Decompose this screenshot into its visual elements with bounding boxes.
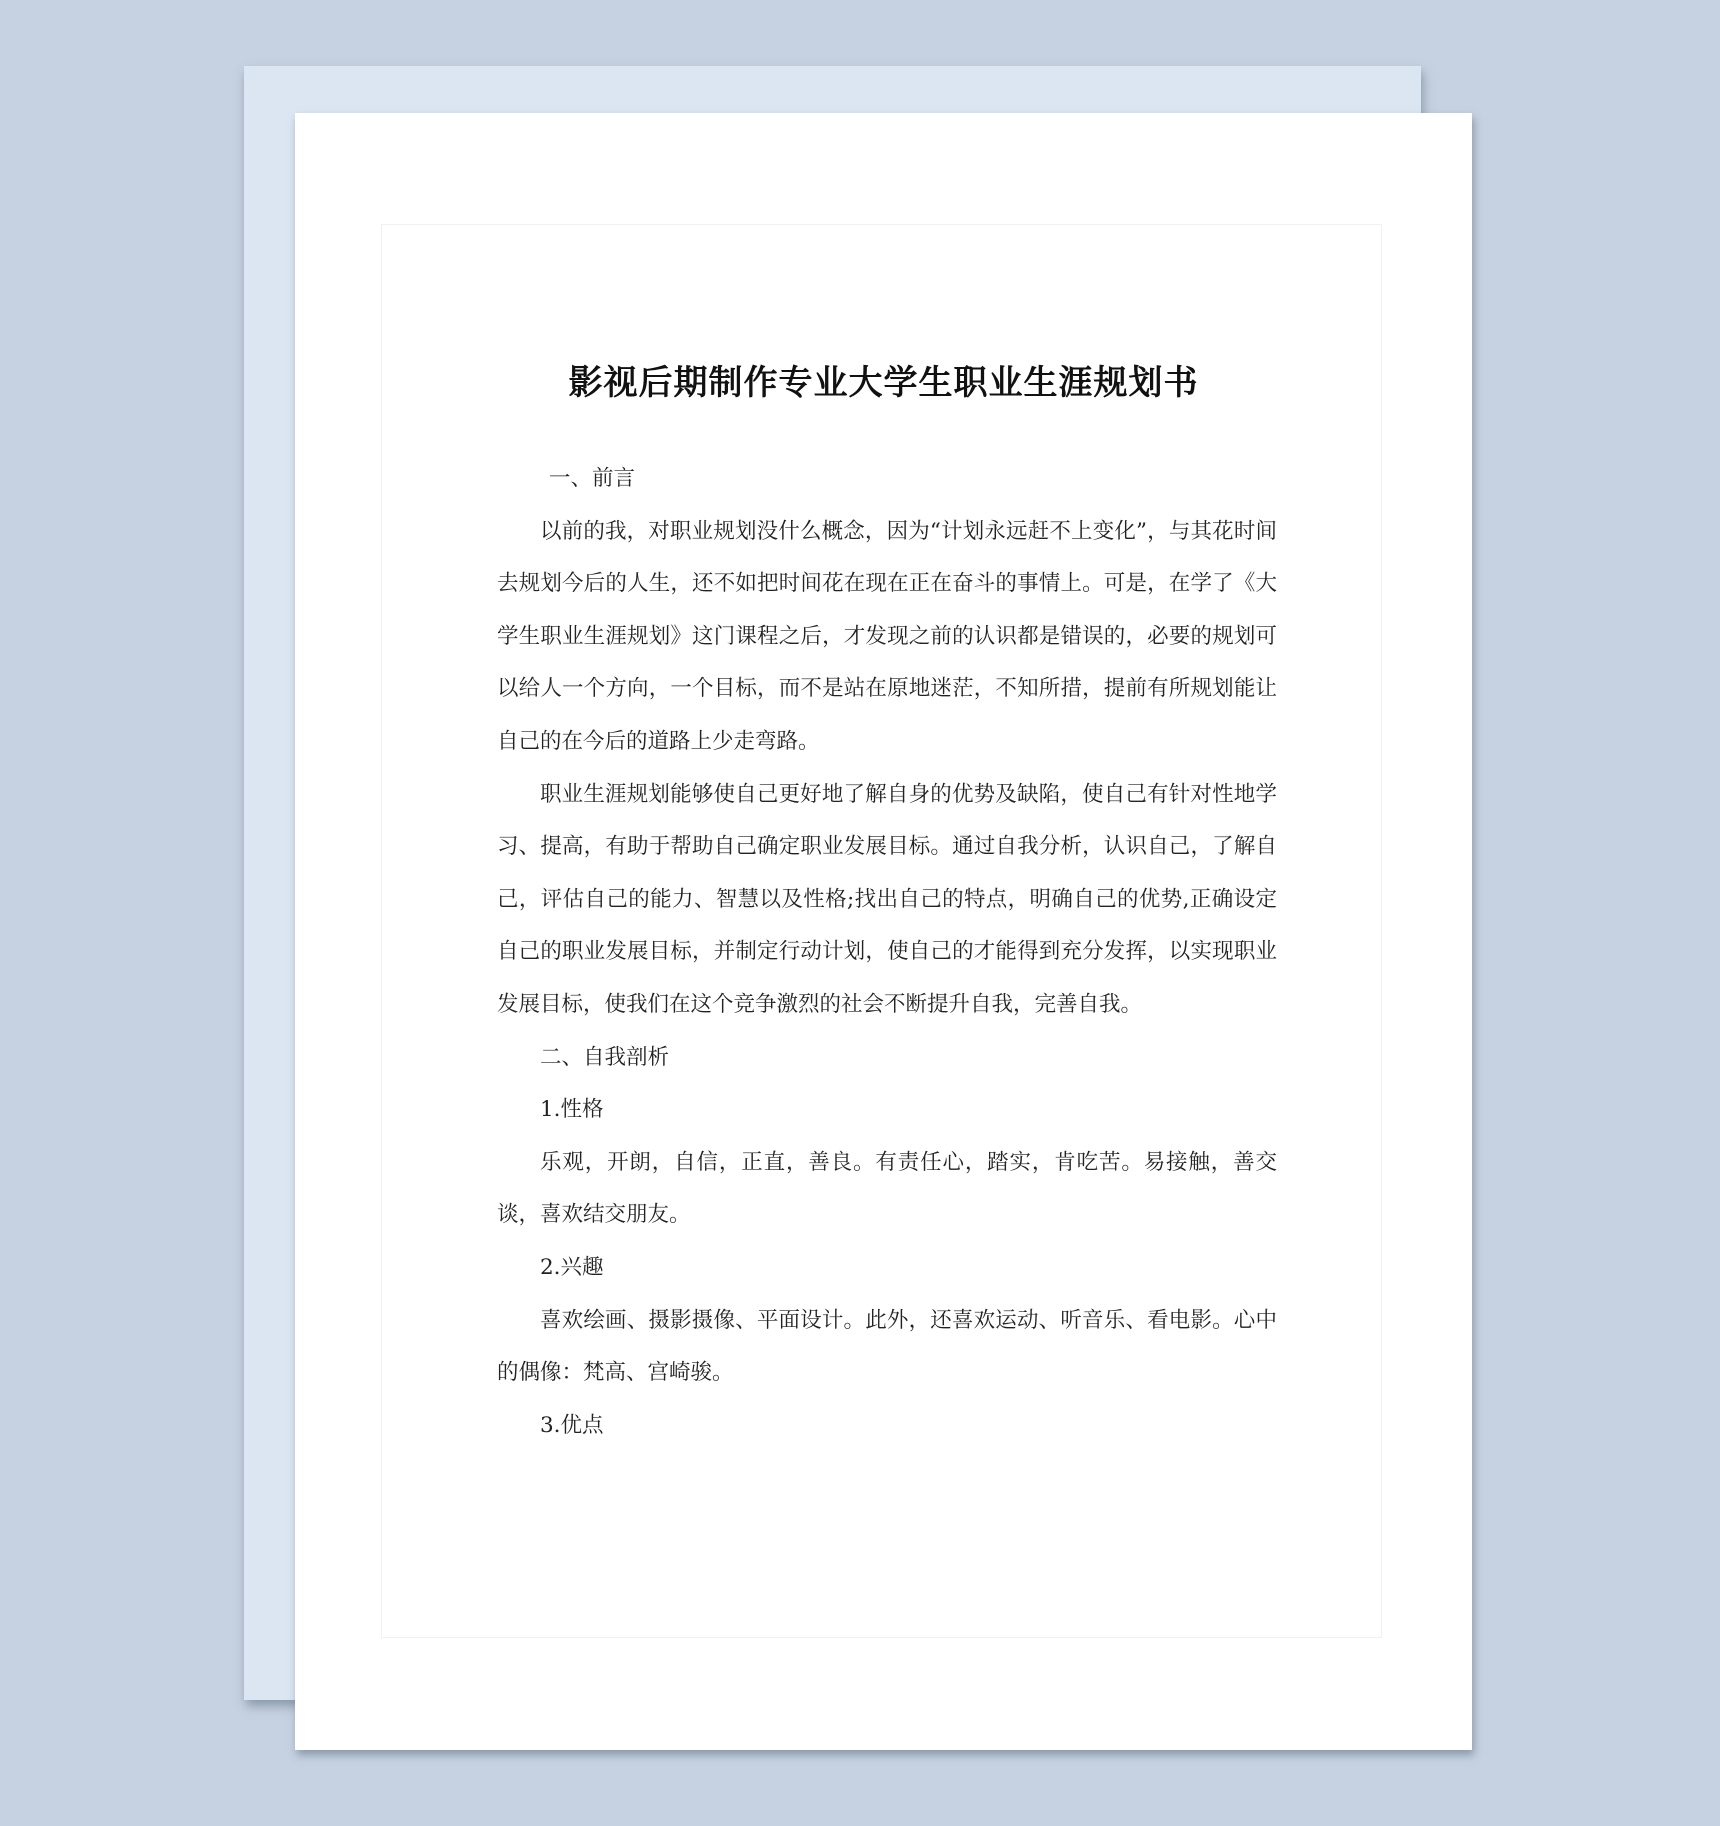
subheading-strengths: 3.优点 xyxy=(497,1400,1277,1453)
subheading-interests: 2.兴趣 xyxy=(497,1242,1277,1295)
front-page-sheet: 影视后期制作专业大学生职业生涯规划书 一、前言 以前的我，对职业规划没什么概念，… xyxy=(295,113,1472,1750)
subheading-personality: 1.性格 xyxy=(497,1084,1277,1137)
paragraph-interests: 喜欢绘画、摄影摄像、平面设计。此外，还喜欢运动、听音乐、看电影。心中的偶像：梵高… xyxy=(497,1295,1277,1400)
paragraph-preface-2: 职业生涯规划能够使自己更好地了解自身的优势及缺陷，使自己有针对性地学习、提高，有… xyxy=(497,769,1277,1032)
section-heading-self-analysis: 二、自我剖析 xyxy=(497,1032,1277,1085)
paragraph-personality: 乐观，开朗，自信，正直，善良。有责任心，踏实，肯吃苦。易接触，善交谈，喜欢结交朋… xyxy=(497,1137,1277,1242)
section-heading-preface: 一、前言 xyxy=(497,453,1277,506)
document-body: 一、前言 以前的我，对职业规划没什么概念，因为“计划永远赶不上变化”，与其花时间… xyxy=(497,453,1277,1452)
paragraph-preface-1: 以前的我，对职业规划没什么概念，因为“计划永远赶不上变化”，与其花时间去规划今后… xyxy=(497,506,1277,769)
document-title: 影视后期制作专业大学生职业生涯规划书 xyxy=(295,355,1472,404)
